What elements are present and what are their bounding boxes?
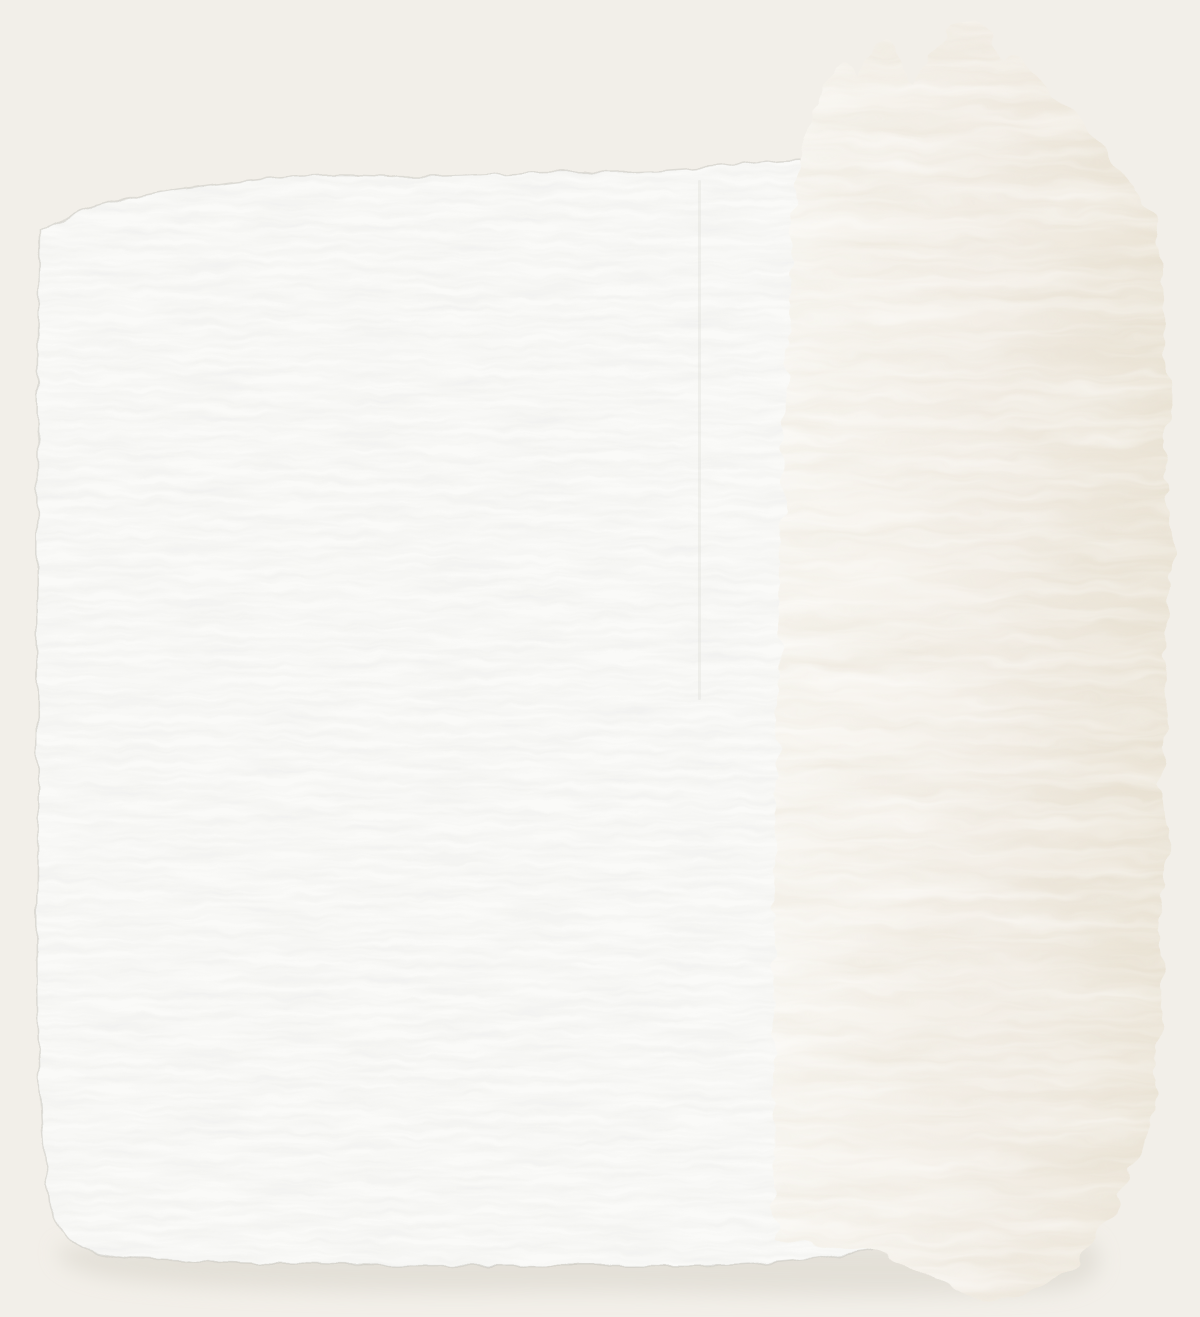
blanket-body xyxy=(25,145,885,1280)
product-photo-throw-blanket xyxy=(0,0,1200,1317)
blanket-weave-texture xyxy=(25,145,885,1280)
product-photo-stage xyxy=(0,0,1200,1317)
fringe-highlight-texture xyxy=(755,0,1195,1317)
fold-seam xyxy=(698,180,701,700)
fringe xyxy=(755,0,1195,1317)
